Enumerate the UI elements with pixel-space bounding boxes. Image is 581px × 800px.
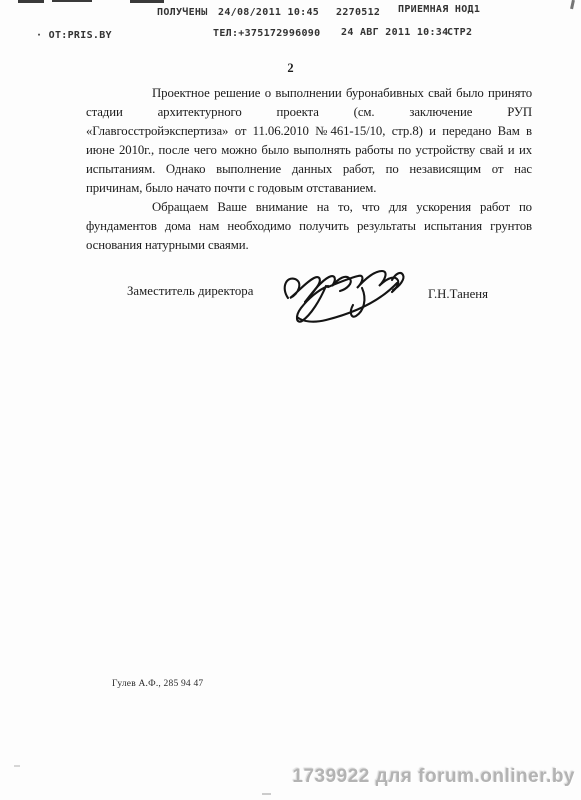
fax-page-indicator: СТР2 — [447, 27, 472, 38]
scan-artifact — [52, 0, 92, 2]
scan-artifact — [570, 0, 575, 9]
signer-name: Г.Н.Таненя — [428, 287, 488, 302]
body-line: основания натурными сваями. — [86, 236, 532, 255]
fax-received-datetime: 24/08/2011 10:45 — [218, 7, 319, 18]
scan-artifact — [18, 0, 44, 3]
scan-artifact — [130, 0, 164, 3]
body-line: Обращаем Ваше внимание на то, что для ус… — [86, 198, 532, 217]
signer-position-title: Заместитель директора — [127, 284, 253, 299]
letter-body: Проектное решение о выполнении буронабив… — [86, 84, 532, 255]
scan-artifact — [14, 765, 20, 767]
fax-date: 24 АВГ 2011 10:34 — [341, 27, 448, 38]
body-line: причинам, было начато почти с годовым от… — [86, 179, 532, 198]
fax-from: · ОТ:PRIS.BY — [36, 30, 112, 41]
page-number: 2 — [0, 61, 581, 76]
fax-department: ПРИЕМНАЯ НОД1 — [398, 4, 480, 15]
body-line: стадии архитектурного проекта (см. заклю… — [86, 103, 532, 122]
body-line: «Главгосстройэкспертиза» от 11.06.2010 №… — [86, 122, 532, 141]
body-line: июне 2010г., после чего можно было выпол… — [86, 141, 532, 160]
forum-watermark: 1739922 для forum.onliner.by — [292, 766, 575, 788]
scanned-fax-page: ПОЛУЧЕНЫ 24/08/2011 10:45 2270512 ПРИЕМН… — [0, 0, 581, 800]
fax-received-code: 2270512 — [336, 7, 380, 18]
fax-tel: ТЕЛ:+375172996090 — [213, 28, 320, 39]
body-line: Проектное решение о выполнении буронабив… — [86, 84, 532, 103]
body-line: испытаниям. Однако выполнение данных раб… — [86, 160, 532, 179]
fax-received-label: ПОЛУЧЕНЫ — [157, 7, 208, 18]
footer-contact: Гулев А.Ф., 285 94 47 — [112, 679, 203, 689]
body-line: фундаментов дома нам необходимо получить… — [86, 217, 532, 236]
handwritten-signature-icon — [266, 258, 406, 330]
scan-artifact — [262, 793, 271, 795]
